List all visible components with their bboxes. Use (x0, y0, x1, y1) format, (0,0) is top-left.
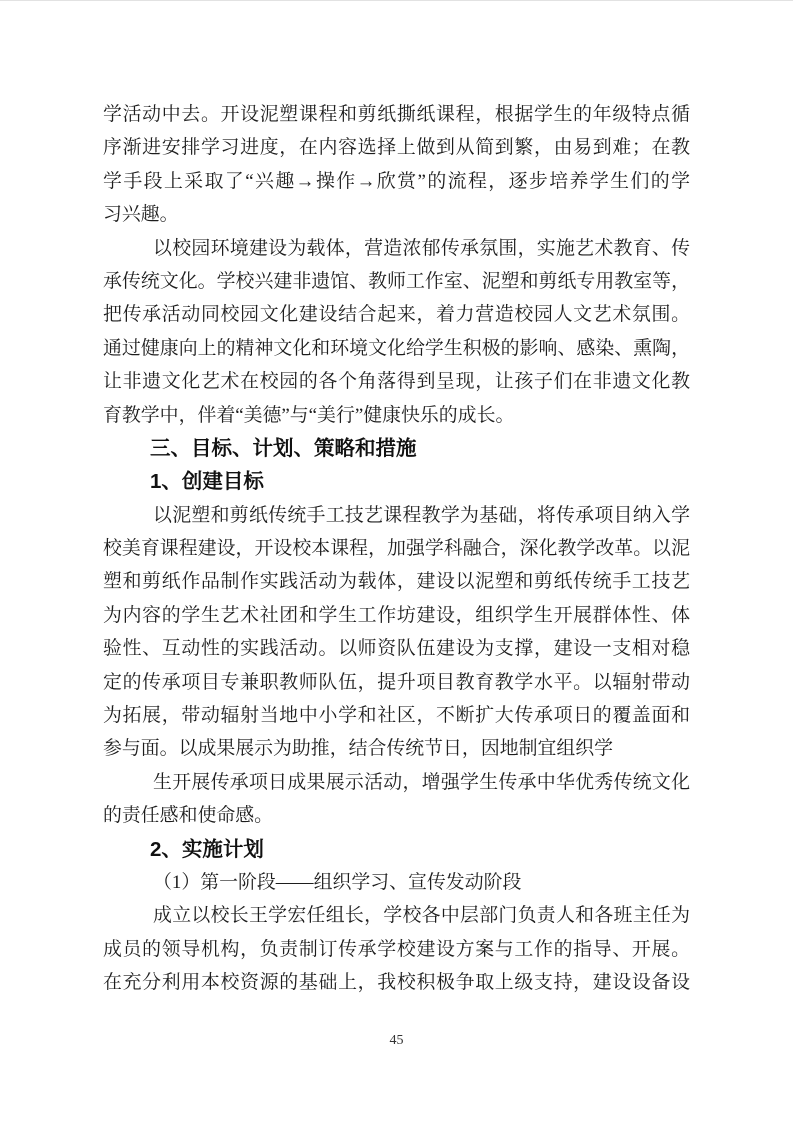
text-line: 生开展传承项日成果展示活动，增强学生传承中华优秀传统文化 (103, 766, 690, 799)
text-line: 成员的领导机构，负责制订传承学校建设方案与工作的指导、开展。 (103, 933, 690, 966)
heading-line: 三、目标、计划、策略和措施 (103, 432, 690, 465)
text-line: 以泥塑和剪纸传统手工技艺课程教学为基础，将传承项目纳入学 (103, 499, 690, 532)
page-number: 45 (0, 1033, 793, 1049)
text-line: 在充分利用本校资源的基础上，我校积极争取上级支持，建设设备设 (103, 966, 690, 999)
text-line: 学活动中去。开设泥塑课程和剪纸撕纸课程，根据学生的年级特点循 (103, 98, 690, 131)
text-line: 学手段上采取了“兴趣→操作→欣赏”的流程，逐步培养学生们的学 (103, 165, 690, 198)
text-line: 承传统文化。学校兴建非遗馆、教师工作室、泥塑和剪纸专用教室等， (103, 265, 690, 298)
text-line: 塑和剪纸作品制作实践活动为载体，建设以泥塑和剪纸传统手工技艺 (103, 565, 690, 598)
text-line: 参与面。以成果展示为助推，结合传统节日，因地制宜组织学 (103, 732, 690, 765)
text-line: 成立以校长王学宏任组长，学校各中层部门负责人和各班主任为 (103, 899, 690, 932)
document-body: 学活动中去。开设泥塑课程和剪纸撕纸课程，根据学生的年级特点循序渐进安排学习进度，… (103, 98, 690, 1000)
text-line: 习兴趣。 (103, 198, 690, 231)
text-line: 以校园环境建设为载体，营造浓郁传承氛围，实施艺术教育、传 (103, 232, 690, 265)
heading-line: 2、实施计划 (103, 833, 690, 866)
text-line: 通过健康向上的精神文化和环境文化给学生积极的影响、感染、熏陶， (103, 332, 690, 365)
text-line: 让非遗文化艺术在校园的各个角落得到呈现，让孩子们在非遗文化教 (103, 365, 690, 398)
text-line: 把传承活动同校园文化建设结合起来，着力营造校园人文艺术氛围。 (103, 298, 690, 331)
document-page: 学活动中去。开设泥塑课程和剪纸撕纸课程，根据学生的年级特点循序渐进安排学习进度，… (0, 0, 793, 1122)
text-line: （1）第一阶段——组织学习、宣传发动阶段 (103, 866, 690, 899)
text-line: 定的传承项目专兼职教师队伍，提升项目教育教学水平。以辐射带动 (103, 666, 690, 699)
text-line: 校美育课程建设，开设校本课程，加强学科融合，深化教学改革。以泥 (103, 532, 690, 565)
text-line: 育教学中，伴着“美德”与“美行”健康快乐的成长。 (103, 399, 690, 432)
text-line: 序渐进安排学习进度，在内容选择上做到从简到繁，由易到难；在教 (103, 131, 690, 164)
text-line: 为拓展，带动辐射当地中小学和社区，不断扩大传承项日的覆盖面和 (103, 699, 690, 732)
text-line: 的责任感和使命感。 (103, 799, 690, 832)
text-line: 为内容的学生艺术社团和学生工作坊建设，组织学生开展群体性、体 (103, 599, 690, 632)
text-line: 验性、互动性的实践活动。以师资队伍建设为支撑，建设一支相对稳 (103, 632, 690, 665)
heading-line: 1、创建目标 (103, 465, 690, 498)
